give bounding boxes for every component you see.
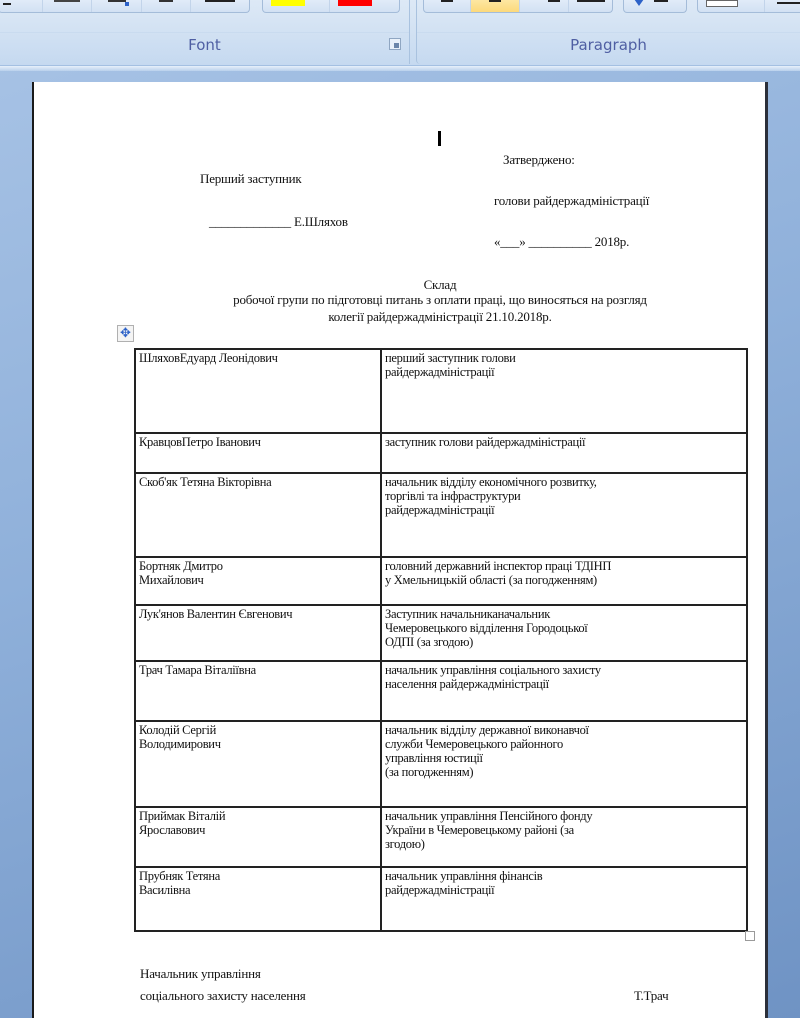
table-row: Прубняк Тетяна Василівнаначальник управл… bbox=[135, 867, 747, 931]
change-case-button[interactable] bbox=[191, 0, 249, 12]
subscript-icon bbox=[108, 0, 126, 2]
table-row: ШляховЕдуард Леонідовичперший заступник … bbox=[135, 349, 747, 433]
borders-button[interactable] bbox=[765, 0, 800, 12]
document-subtitle-line2: колегії райдержадміністрації 21.10.2018р… bbox=[134, 309, 746, 325]
line-spacing-icon bbox=[634, 0, 644, 6]
staff-table: ШляховЕдуард Леонідовичперший заступник … bbox=[134, 348, 748, 932]
footer-position-line1: Начальник управління bbox=[140, 966, 261, 982]
paragraph-group: Paragraph bbox=[416, 0, 800, 64]
member-name-cell[interactable]: Колодій Сергій Володимирович bbox=[135, 721, 381, 807]
subscript-marker bbox=[125, 2, 129, 6]
shading-borders-strip bbox=[697, 0, 800, 13]
table-row: Лук'янов Валентин ЄвгеновичЗаступник нач… bbox=[135, 605, 747, 661]
paragraph-group-label: Paragraph bbox=[417, 36, 800, 54]
approved-label: Затверджено: bbox=[503, 152, 575, 168]
align-right-icon bbox=[548, 0, 560, 2]
table-row: КравцовПетро Івановичзаступник голови ра… bbox=[135, 433, 747, 473]
footer-position-line2: соціального захисту населення bbox=[140, 988, 306, 1004]
table-row: Приймак Віталій Ярославовичначальник упр… bbox=[135, 807, 747, 867]
member-position-cell[interactable]: начальник управління фінансів райдержадм… bbox=[381, 867, 747, 931]
member-position-cell[interactable]: головний державний інспектор праці ТДІНП… bbox=[381, 557, 747, 605]
align-center-icon bbox=[489, 0, 501, 2]
group-divider bbox=[417, 32, 800, 33]
line-spacing-button[interactable] bbox=[624, 0, 686, 12]
superscript-icon bbox=[159, 0, 173, 2]
footer-signature: Т.Трач bbox=[634, 988, 668, 1004]
table-resize-handle-icon[interactable] bbox=[745, 931, 755, 941]
member-name-cell[interactable]: ШляховЕдуард Леонідович bbox=[135, 349, 381, 433]
line-spacing-lines bbox=[654, 0, 668, 2]
borders-icon bbox=[777, 2, 800, 4]
font-color-button[interactable] bbox=[330, 0, 399, 12]
member-name-cell[interactable]: Прубняк Тетяна Василівна bbox=[135, 867, 381, 931]
approved-date-line: «___» __________ 2018р. bbox=[494, 234, 629, 250]
ribbon: Font Paragraph bbox=[0, 0, 800, 66]
left-block-signature: _____________ Е.Шляхов bbox=[209, 214, 348, 230]
member-position-cell[interactable]: начальник відділу економічного розвитку,… bbox=[381, 473, 747, 557]
table-row: Трач Тамара Віталіївнаначальник управлін… bbox=[135, 661, 747, 721]
justify-icon bbox=[577, 0, 605, 2]
superscript-button[interactable] bbox=[142, 0, 192, 12]
highlight-swatch bbox=[271, 0, 305, 6]
document-title: Склад bbox=[134, 277, 746, 293]
font-group-label: Font bbox=[0, 36, 409, 54]
shading-button[interactable] bbox=[698, 0, 765, 12]
member-name-cell[interactable]: Бортняк Дмитро Михайлович bbox=[135, 557, 381, 605]
justify-button[interactable] bbox=[569, 0, 612, 12]
table-row: Бортняк Дмитро Михайловичголовний держав… bbox=[135, 557, 747, 605]
align-center-button[interactable] bbox=[471, 0, 520, 12]
member-name-cell[interactable]: Приймак Віталій Ярославович bbox=[135, 807, 381, 867]
align-left-icon bbox=[441, 0, 453, 2]
align-right-button[interactable] bbox=[520, 0, 569, 12]
document-subtitle-line1: робочої групи по підготовці питань з опл… bbox=[134, 292, 746, 308]
member-position-cell[interactable]: заступник голови райдержадміністрації bbox=[381, 433, 747, 473]
group-divider bbox=[0, 32, 409, 33]
highlight-color-button[interactable] bbox=[263, 0, 330, 12]
font-format-buttons bbox=[0, 0, 250, 13]
color-buttons bbox=[262, 0, 400, 13]
left-block-title: Перший заступник bbox=[200, 171, 302, 187]
member-name-cell[interactable]: Трач Тамара Віталіївна bbox=[135, 661, 381, 721]
bold-partial-button[interactable] bbox=[0, 0, 43, 12]
change-case-icon bbox=[205, 0, 235, 2]
member-position-cell[interactable]: начальник відділу державної виконавчої с… bbox=[381, 721, 747, 807]
table-row: Колодій Сергій Володимировичначальник ві… bbox=[135, 721, 747, 807]
alignment-buttons bbox=[423, 0, 613, 13]
table-row: Скоб'як Тетяна Вікторівнаначальник відді… bbox=[135, 473, 747, 557]
font-group: Font bbox=[0, 0, 410, 64]
member-position-cell[interactable]: начальник управління Пенсійного фонду Ук… bbox=[381, 807, 747, 867]
ribbon-edge bbox=[0, 66, 800, 71]
shading-icon bbox=[706, 0, 738, 7]
member-position-cell[interactable]: начальник управління соціального захисту… bbox=[381, 661, 747, 721]
strikethrough-button[interactable] bbox=[43, 0, 93, 12]
format-icon bbox=[3, 3, 11, 5]
font-color-swatch bbox=[338, 0, 372, 6]
table-move-handle-icon[interactable]: ✥ bbox=[117, 325, 134, 342]
member-name-cell[interactable]: Скоб'як Тетяна Вікторівна bbox=[135, 473, 381, 557]
subscript-button[interactable] bbox=[92, 0, 142, 12]
line-spacing-strip bbox=[623, 0, 687, 13]
approved-position: голови райдержадміністрації bbox=[494, 193, 649, 209]
align-left-button[interactable] bbox=[424, 0, 471, 12]
font-dialog-launcher-icon[interactable] bbox=[389, 38, 401, 50]
member-position-cell[interactable]: Заступник начальниканачальник Чемеровець… bbox=[381, 605, 747, 661]
member-name-cell[interactable]: Лук'янов Валентин Євгенович bbox=[135, 605, 381, 661]
member-name-cell[interactable]: КравцовПетро Іванович bbox=[135, 433, 381, 473]
strikethrough-icon bbox=[54, 0, 80, 2]
text-cursor bbox=[438, 131, 441, 146]
member-position-cell[interactable]: перший заступник голови райдержадміністр… bbox=[381, 349, 747, 433]
